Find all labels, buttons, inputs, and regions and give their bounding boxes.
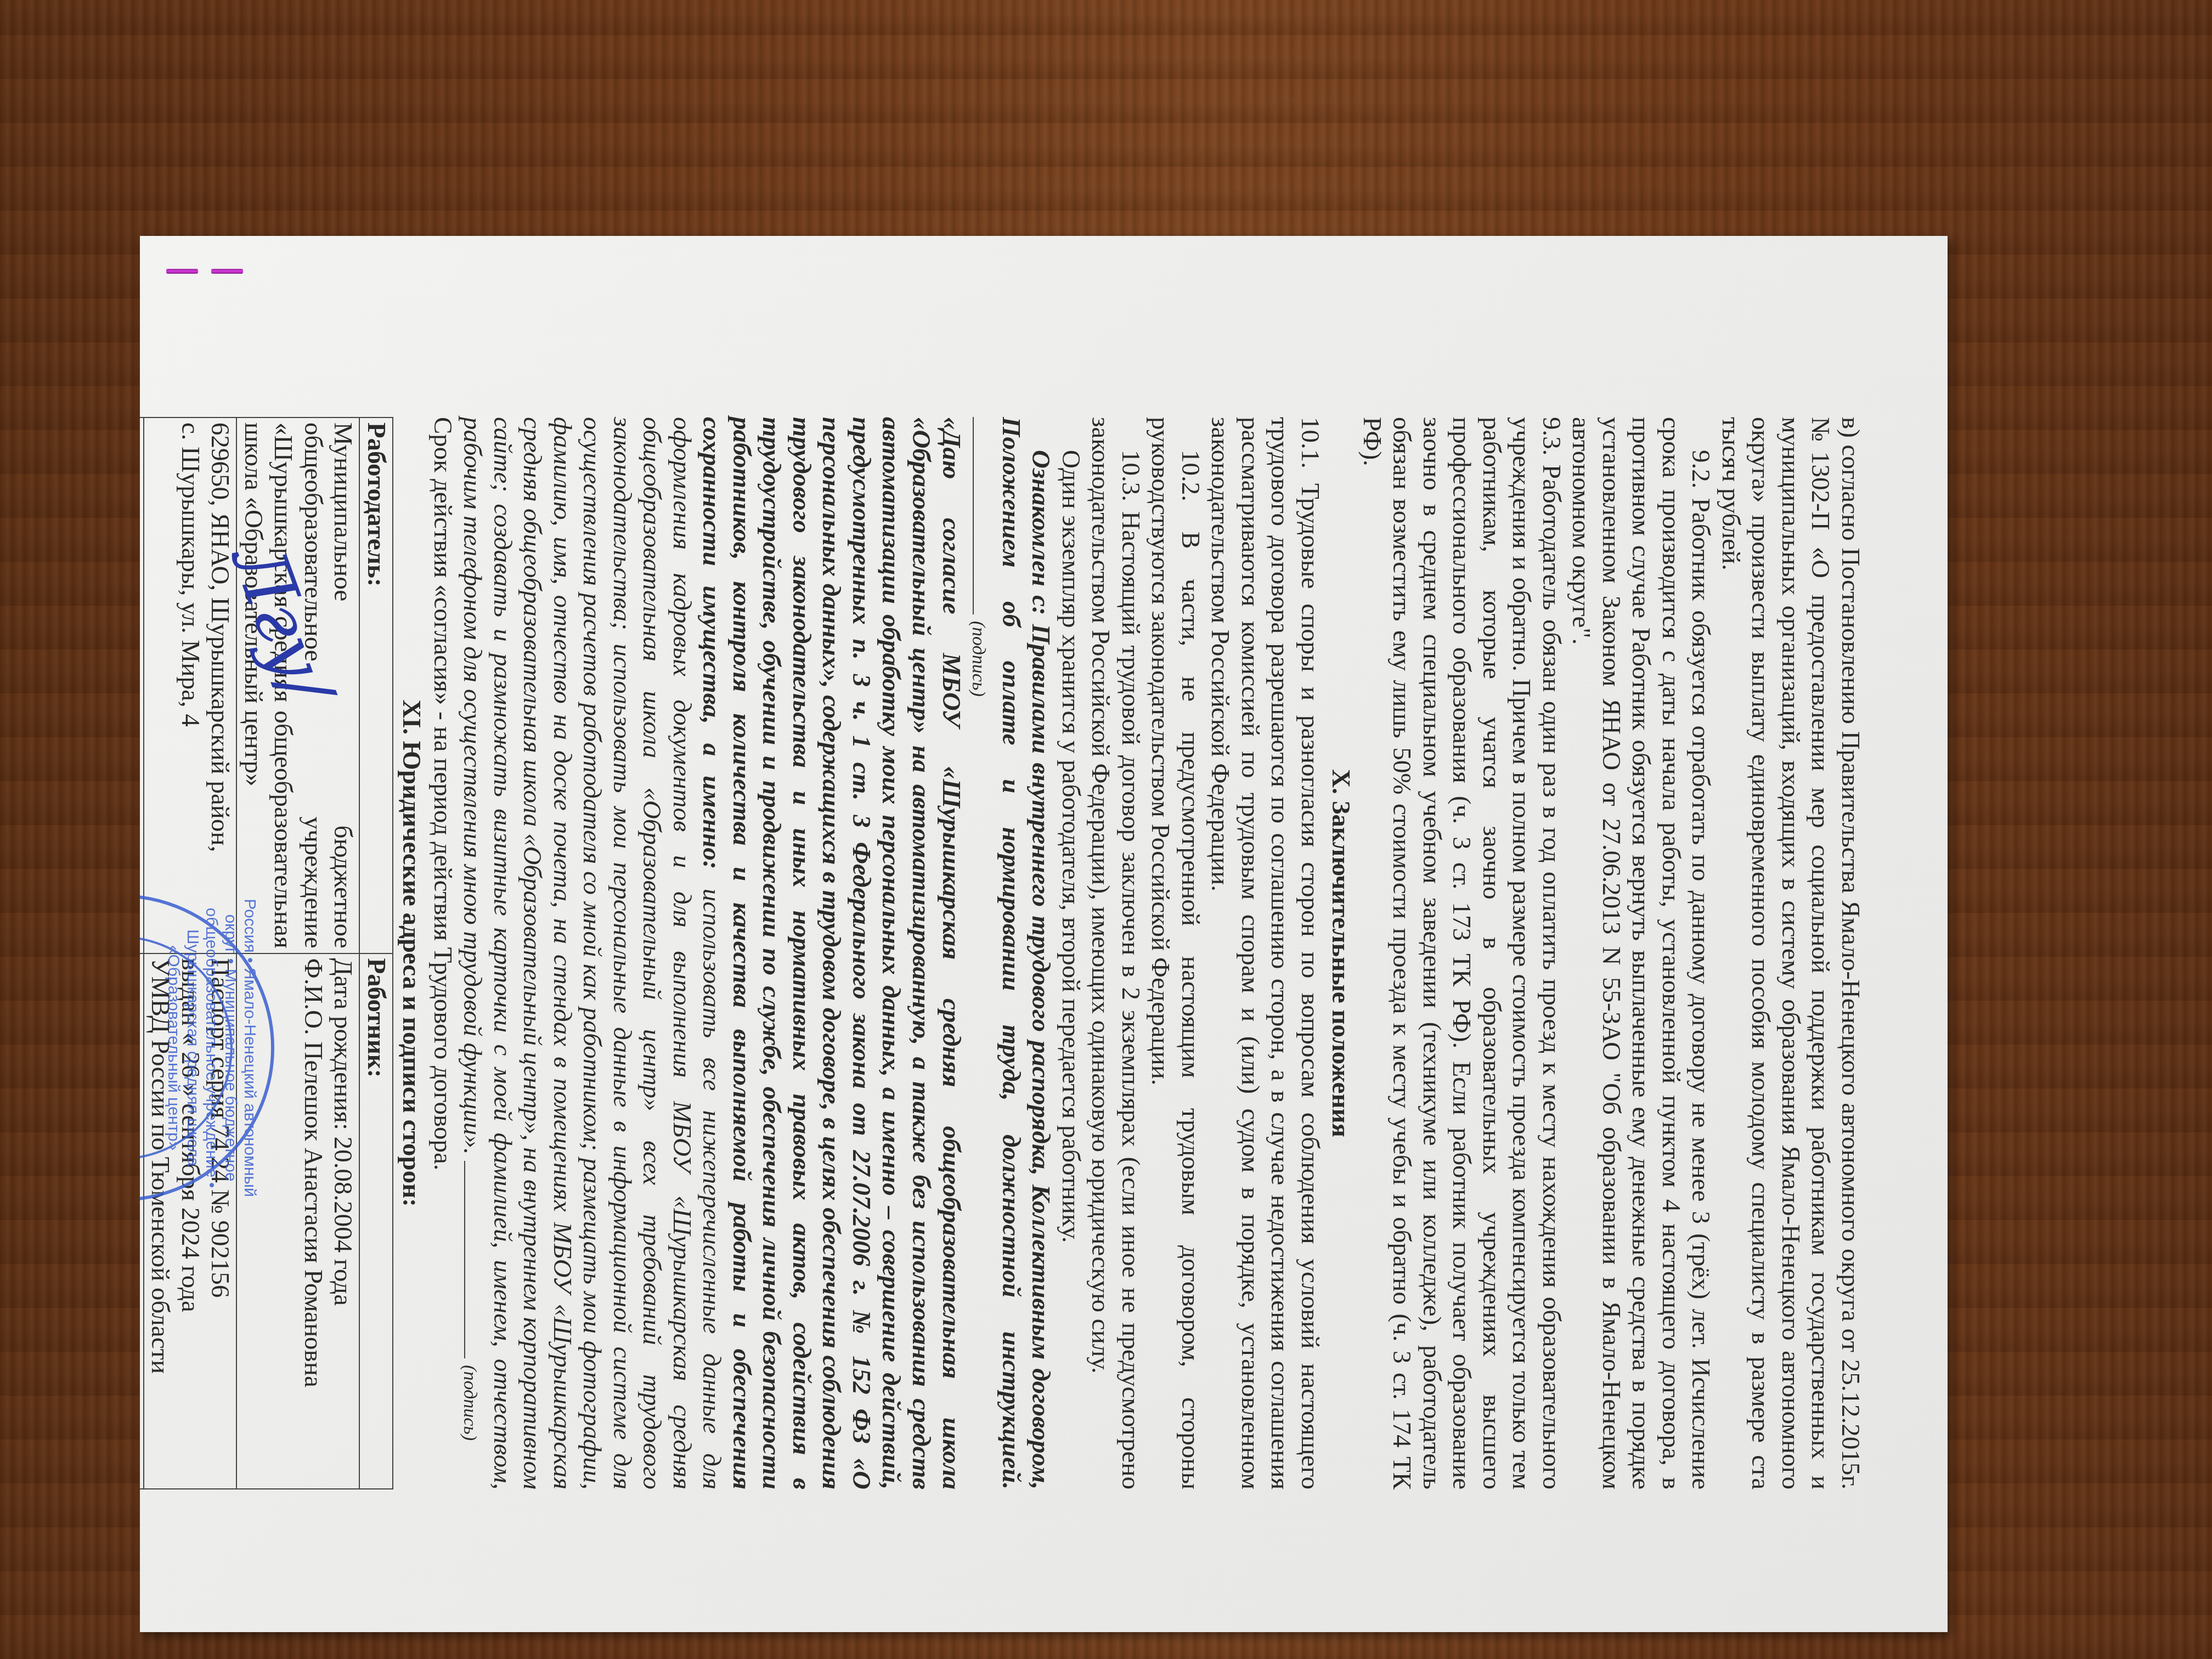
clause-10-3: 10.3. Настоящий трудовой договор заключе…: [1086, 417, 1145, 1489]
employer-header: Работодатель:: [359, 417, 393, 953]
signature-line: [464, 1161, 465, 1358]
organization-stamp: Россия • Ямало-Ненецкий автономный округ…: [140, 894, 274, 1201]
signature-line: [973, 417, 974, 614]
table-row: Работодатель: Работник:: [359, 417, 393, 1489]
term-note: Срок действия «согласия» - на период дей…: [427, 417, 458, 1489]
clause-9-3: 9.3. Работодатель обязан один раз в год …: [1357, 417, 1566, 1489]
clause-9-2: 9.2. Работник обязуется отработать по да…: [1566, 417, 1716, 1489]
intro-paragraph: в) согласно Постановлению Правительства …: [1716, 417, 1865, 1489]
document-paper: в) согласно Постановлению Правительства …: [140, 236, 1948, 1632]
section-xi-title: XI. Юридические адреса и подписи сторон:: [397, 417, 427, 1489]
clause-10-2: 10.2. В части, не предусмотренной настоя…: [1145, 417, 1205, 1489]
section-x-title: X. Заключительные положения: [1326, 417, 1356, 1489]
acquainted-paragraph: Ознакомлен с: Правилами внутреннего труд…: [966, 417, 1056, 1489]
consent-paragraph: «Даю согласие МБОУ «Шурышкарская средняя…: [458, 417, 966, 1489]
contract-page: в) согласно Постановлению Правительства …: [140, 236, 1948, 1632]
employer-inn: ИНН 8907001240: [140, 417, 144, 953]
clause-10-1: 10.1. Трудовые споры и разногласия сторо…: [1205, 417, 1325, 1489]
employer-address: 629650, ЯНАО, Шурышкарский район, с. Шур…: [144, 417, 237, 953]
stamp-text: Россия • Ямало-Ненецкий автономный округ…: [163, 898, 259, 1198]
copies-note: Один экземпляр хранится у работодателя, …: [1056, 417, 1086, 1489]
employee-header: Работник:: [359, 953, 393, 1489]
